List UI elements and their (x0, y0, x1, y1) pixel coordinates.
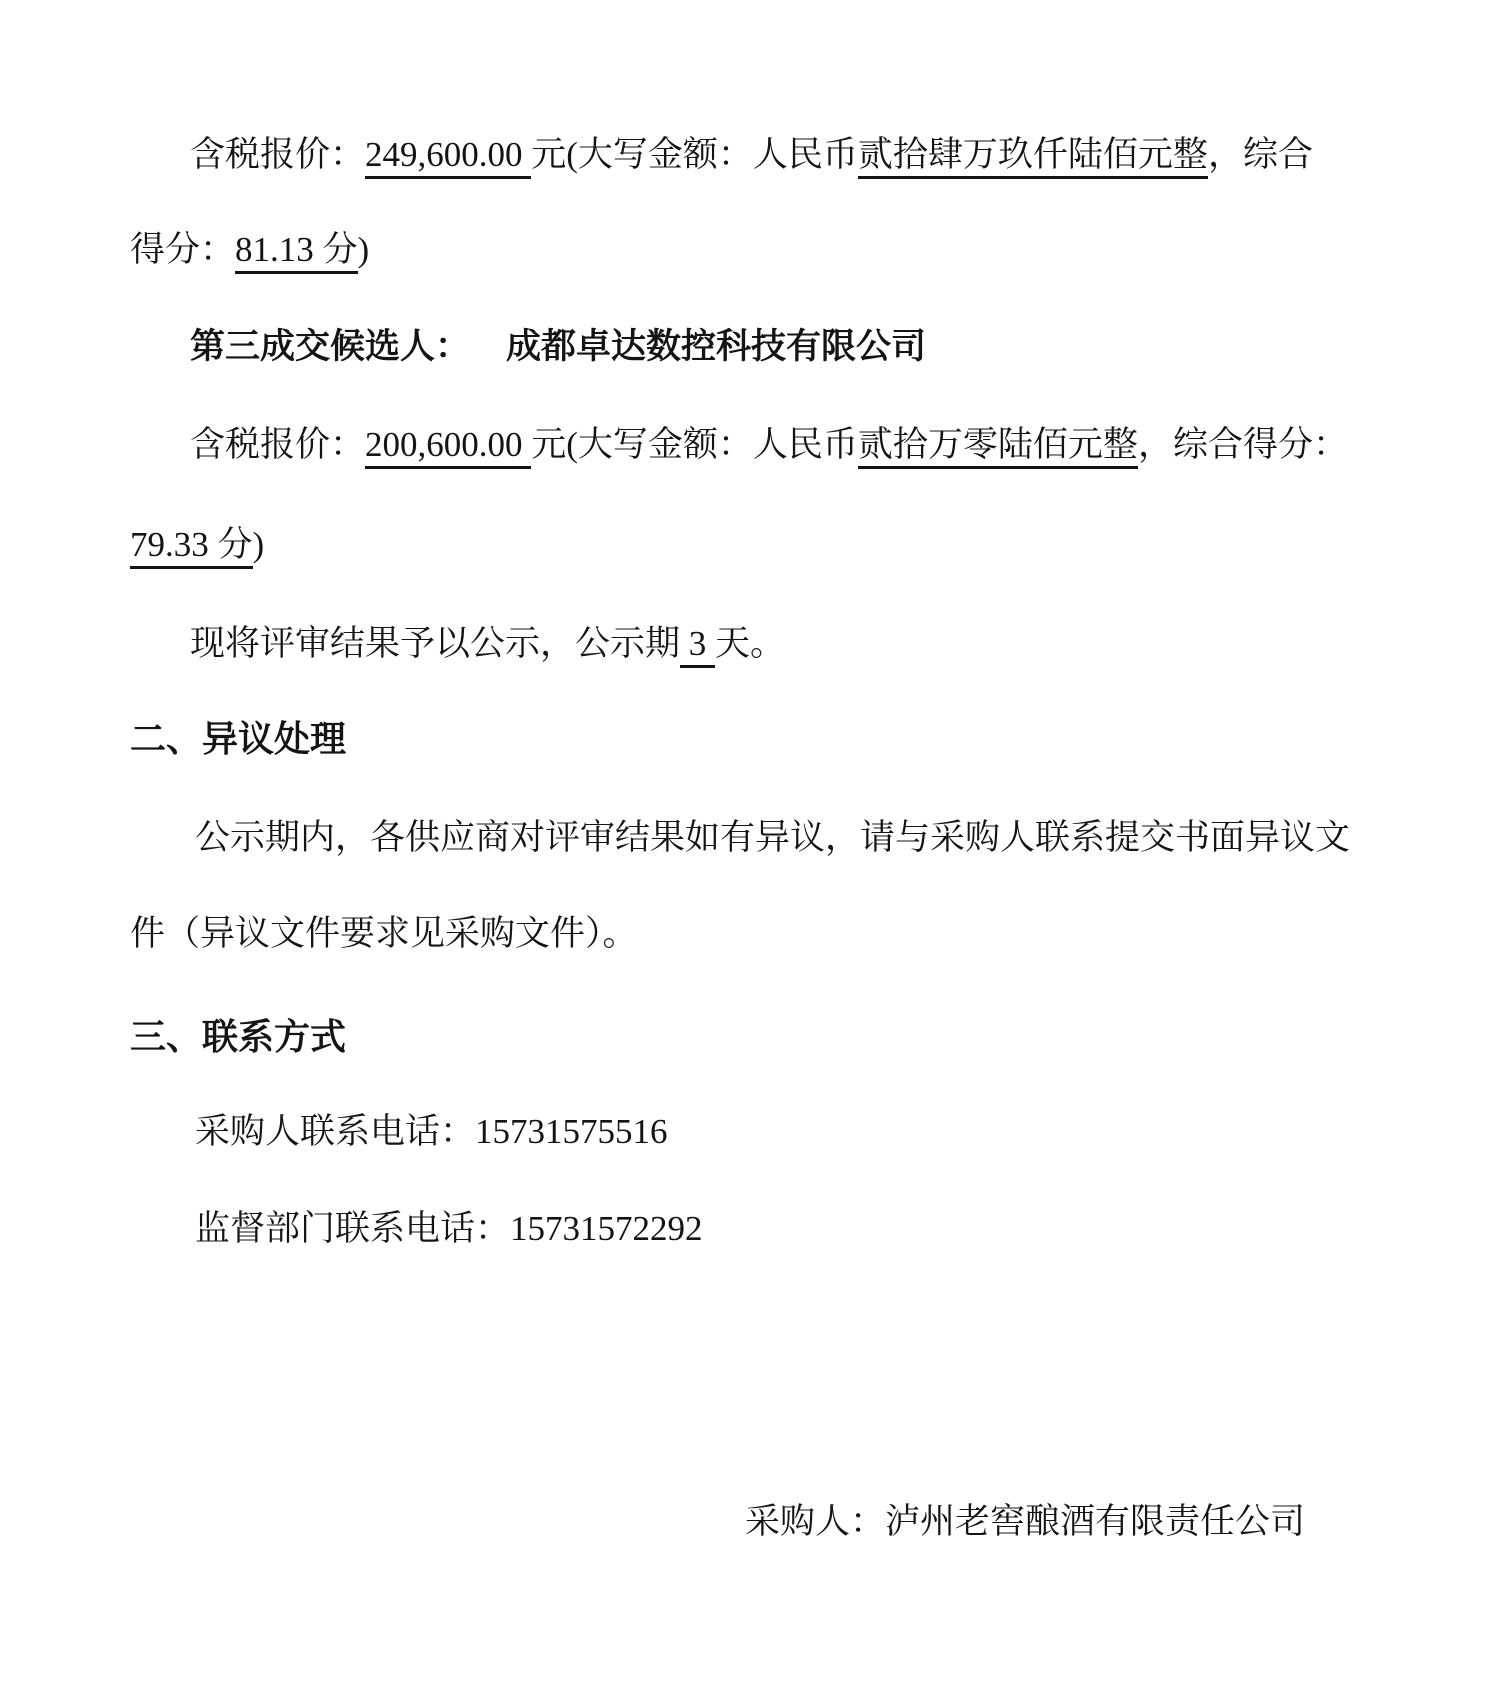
objection-paragraph-text-1: 公示期内，各供应商对评审结果如有异议，请与采购人联系提交书面异议文 (195, 818, 1350, 857)
objection-paragraph-text-2: 件（异议文件要求见采购文件）。 (130, 914, 638, 953)
third-candidate-line: 第三成交候选人：成都卓达数控科技有限公司 (190, 325, 926, 369)
section-heading-contact-text: 三、联系方式 (130, 1016, 346, 1057)
section-heading-contact: 三、联系方式 (130, 1014, 346, 1059)
announcement-document-page: 含税报价：249,600.00 元(大写金额：人民币贰拾肆万玖仟陆佰元整，综合 … (0, 0, 1500, 1685)
buyer-phone-line: 采购人联系电话：15731575516 (195, 1110, 668, 1154)
amount-in-words-label: 元(大写金额：人民币 (531, 135, 858, 174)
supervisor-phone-text: 监督部门联系电话：15731572292 (195, 1209, 703, 1248)
score-value-underlined: 81.13 分 (235, 230, 358, 274)
purchaser-signature-line: 采购人：泸州老窖酿酒有限责任公司 (745, 1500, 1305, 1544)
section-heading-objection-text: 二、异议处理 (130, 718, 346, 759)
publicity-period-line: 现将评审结果予以公示，公示期 3 天。 (190, 622, 785, 666)
third-candidate-company: 成都卓达数控科技有限公司 (506, 327, 926, 366)
closing-paren: ) (253, 525, 265, 564)
price-line-1: 含税报价：249,600.00 元(大写金额：人民币贰拾肆万玖仟陆佰元整，综合 (190, 133, 1313, 177)
price-line-2: 含税报价：200,600.00 元(大写金额：人民币贰拾万零陆佰元整，综合得分： (190, 423, 1348, 467)
publicity-text: 现将评审结果予以公示，公示期 (190, 624, 680, 663)
supervisor-phone-line: 监督部门联系电话：15731572292 (195, 1207, 703, 1251)
days-suffix: 天。 (715, 624, 785, 663)
purchaser-signature-text: 采购人：泸州老窖酿酒有限责任公司 (745, 1502, 1305, 1541)
score-lead-text: ，综合 (1208, 135, 1313, 174)
closing-paren: ) (358, 230, 370, 269)
section-heading-objection: 二、异议处理 (130, 716, 346, 761)
buyer-phone-text: 采购人联系电话：15731575516 (195, 1112, 668, 1151)
amount-in-words-underlined: 贰拾肆万玖仟陆佰元整 (858, 135, 1208, 179)
amount-in-words-underlined: 贰拾万零陆佰元整 (858, 425, 1138, 469)
price-label: 含税报价： (190, 425, 365, 464)
objection-paragraph-line-2: 件（异议文件要求见采购文件）。 (130, 912, 638, 956)
price-value-underlined: 200,600.00 (365, 425, 531, 469)
score-lead-text: ，综合得分： (1138, 425, 1348, 464)
price-label: 含税报价： (190, 135, 365, 174)
amount-in-words-label: 元(大写金额：人民币 (531, 425, 858, 464)
score-value-underlined: 79.33 分 (130, 525, 253, 569)
score-line-2: 79.33 分) (130, 523, 264, 567)
objection-paragraph-line-1: 公示期内，各供应商对评审结果如有异议，请与采购人联系提交书面异议文 (195, 816, 1350, 860)
score-line-1: 得分：81.13 分) (130, 228, 369, 272)
publicity-days-underlined: 3 (680, 624, 715, 668)
price-value-underlined: 249,600.00 (365, 135, 531, 179)
score-label: 得分： (130, 230, 235, 269)
third-candidate-label: 第三成交候选人： (190, 327, 470, 366)
